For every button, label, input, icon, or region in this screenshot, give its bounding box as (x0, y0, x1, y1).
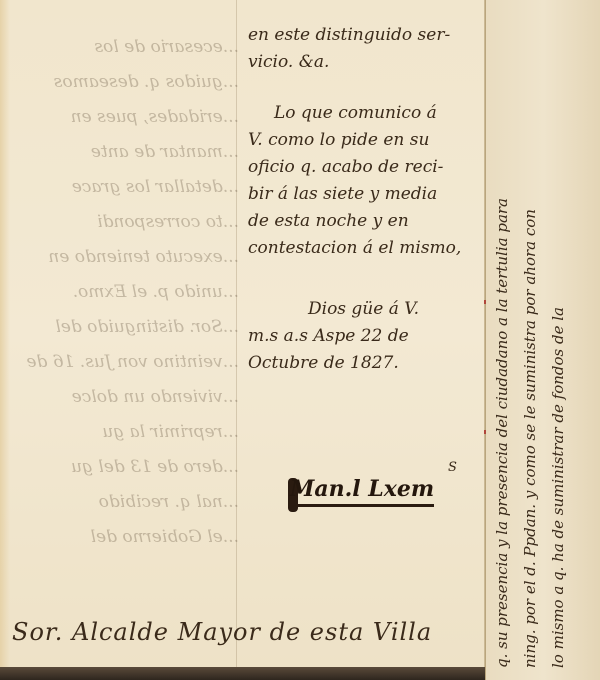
signature-superscript: S (448, 460, 457, 475)
letter-line: V. como lo pide en su (248, 127, 480, 154)
bleed-through-text: ...ecesario de los ...guidos q. deseamos… (14, 30, 239, 555)
closing-line: m.s a.s Aspe 22 de (248, 323, 480, 350)
letter-body: en este distinguido ser- vicio. &a. Lo q… (248, 22, 480, 377)
document-scan: ...ecesario de los ...guidos q. deseamos… (0, 0, 600, 680)
letter-line: en este distinguido ser- (248, 22, 480, 49)
page-edge-shadow (0, 0, 10, 667)
vertical-margin-note: q. su presencia y la presencia del ciuda… (488, 8, 600, 668)
red-ink-mark (484, 430, 486, 434)
letter-line: de esta noche y en (248, 208, 480, 235)
red-ink-mark (484, 300, 486, 304)
letter-line: bir á las siete y media (248, 181, 480, 208)
addressee: Sor. Alcalde Mayor de esta Villa (12, 618, 432, 646)
closing-line: Dios güe á V. (248, 296, 480, 323)
signature: Man.l Lxem (290, 476, 434, 507)
letter-line: contestacion á el mismo, (248, 235, 480, 262)
letter-line: vicio. &a. (248, 49, 480, 76)
closing-line: Octubre de 1827. (248, 350, 480, 377)
scan-bottom-edge (0, 667, 485, 680)
letter-line: oficio q. acabo de reci- (248, 154, 480, 181)
letter-line: Lo que comunico á (248, 100, 480, 127)
